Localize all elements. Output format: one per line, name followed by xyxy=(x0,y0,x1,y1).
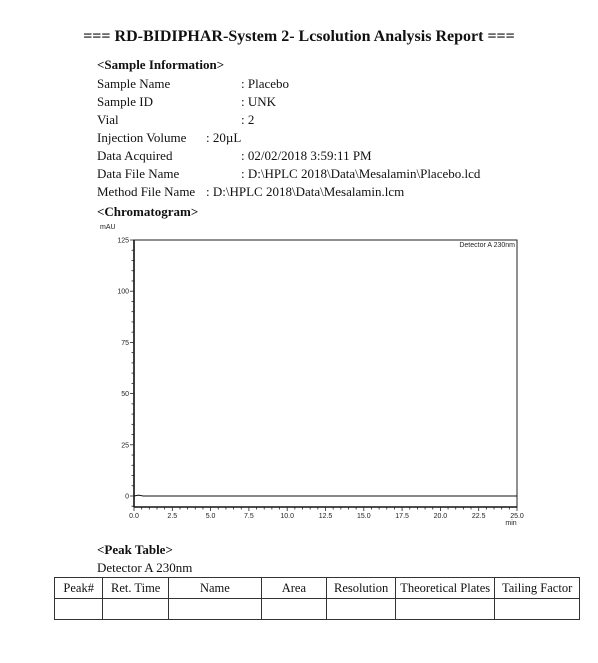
table-cell xyxy=(396,599,495,620)
x-tick-label: 20.0 xyxy=(434,513,448,520)
plot-frame xyxy=(134,240,517,507)
y-axis-label: mAU xyxy=(100,224,116,231)
x-tick-label: 17.5 xyxy=(395,513,409,520)
x-tick-label: 10.0 xyxy=(280,513,294,520)
y-tick-label: 50 xyxy=(121,391,129,398)
y-tick-label: 75 xyxy=(121,340,129,347)
chromatogram-trace xyxy=(134,495,517,496)
peak-table-column-header: Area xyxy=(261,578,326,599)
peak-table-header-row: Peak#Ret. TimeNameAreaResolutionTheoreti… xyxy=(55,578,580,599)
y-tick-label: 25 xyxy=(121,442,129,449)
peak-table-column-header: Tailing Factor xyxy=(495,578,580,599)
x-axis-label: min xyxy=(505,520,516,527)
x-tick-label: 7.5 xyxy=(244,513,254,520)
x-tick-label: 12.5 xyxy=(319,513,333,520)
peak-table-column-header: Peak# xyxy=(55,578,103,599)
y-tick-label: 125 xyxy=(117,238,129,245)
y-tick-label: 0 xyxy=(125,494,129,501)
table-row xyxy=(55,599,580,620)
peak-table-heading: <Peak Table> xyxy=(97,542,173,558)
x-tick-label: 22.5 xyxy=(472,513,486,520)
peak-table-column-header: Ret. Time xyxy=(103,578,169,599)
chromatogram-chart: 02550751001250.02.55.07.510.012.515.017.… xyxy=(0,0,598,663)
table-cell xyxy=(495,599,580,620)
table-cell xyxy=(55,599,103,620)
peak-table-column-header: Resolution xyxy=(327,578,396,599)
peak-table-detector: Detector A 230nm xyxy=(97,560,192,576)
legend-detector-a: Detector A 230nm xyxy=(459,242,515,249)
table-cell xyxy=(261,599,326,620)
x-tick-label: 2.5 xyxy=(167,513,177,520)
x-tick-label: 0.0 xyxy=(129,513,139,520)
peak-table-column-header: Theoretical Plates xyxy=(396,578,495,599)
table-cell xyxy=(169,599,262,620)
y-tick-label: 100 xyxy=(117,289,129,296)
peak-table-column-header: Name xyxy=(169,578,262,599)
x-tick-label: 5.0 xyxy=(206,513,216,520)
peak-table: Peak#Ret. TimeNameAreaResolutionTheoreti… xyxy=(54,577,580,620)
table-cell xyxy=(327,599,396,620)
table-cell xyxy=(103,599,169,620)
x-tick-label: 15.0 xyxy=(357,513,371,520)
x-tick-label: 25.0 xyxy=(510,513,524,520)
